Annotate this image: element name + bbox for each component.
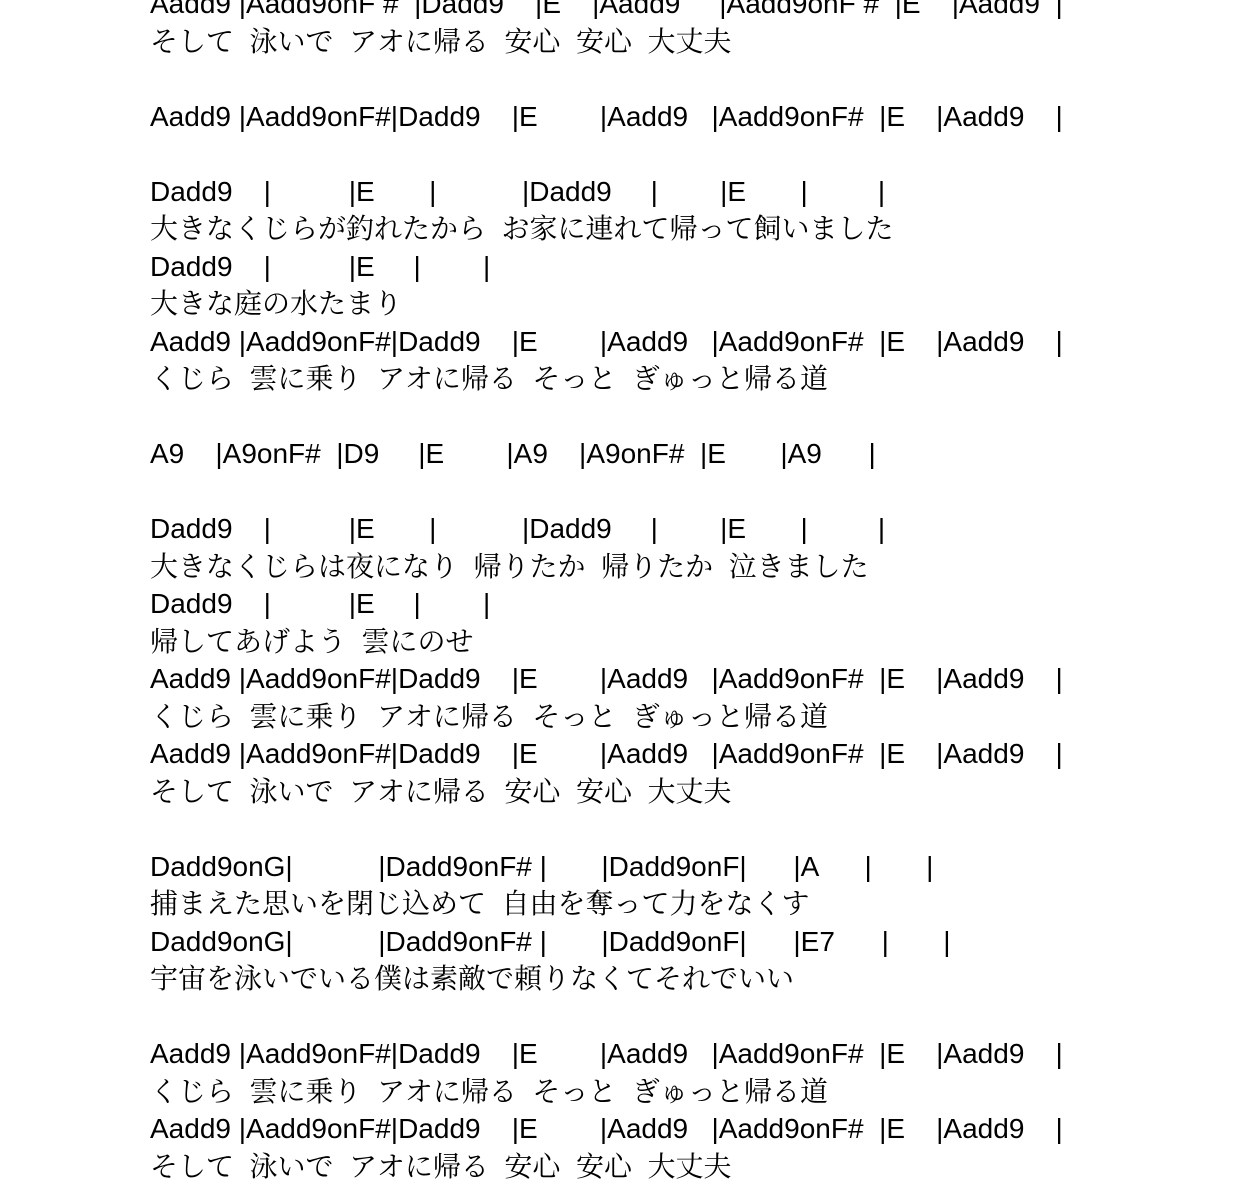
blank-line (150, 135, 1063, 173)
chord-line: Aadd9 |Aadd9onF # |Dadd9 |E |Aadd9 |Aadd… (150, 0, 1063, 23)
blank-line (150, 810, 1063, 848)
chord-line: Aadd9 |Aadd9onF#|Dadd9 |E |Aadd9 |Aadd9o… (150, 660, 1063, 698)
lyric-line: 帰してあげよう 雲にのせ (150, 623, 1063, 661)
chord-line: Aadd9 |Aadd9onF#|Dadd9 |E |Aadd9 |Aadd9o… (150, 98, 1063, 136)
blank-line (150, 60, 1063, 98)
lyric-line: そして 泳いで アオに帰る 安心 安心 大丈夫 (150, 773, 1063, 811)
chord-line: Dadd9 | |E | | (150, 585, 1063, 623)
chord-line: Dadd9 | |E | |Dadd9 | |E | | (150, 173, 1063, 211)
chord-line: Dadd9 | |E | | (150, 248, 1063, 286)
chord-line: Dadd9onG| |Dadd9onF# | |Dadd9onF| |A | | (150, 848, 1063, 886)
blank-line (150, 998, 1063, 1036)
lyric-line: くじら 雲に乗り アオに帰る そっと ぎゅっと帰る道 (150, 698, 1063, 736)
lyric-line: 大きなくじらが釣れたから お家に連れて帰って飼いました (150, 210, 1063, 248)
chord-line: Aadd9 |Aadd9onF#|Dadd9 |E |Aadd9 |Aadd9o… (150, 735, 1063, 773)
lyric-line: 宇宙を泳いでいる僕は素敵で頼りなくてそれでいい (150, 960, 1063, 998)
chord-line: Aadd9 |Aadd9onF#|Dadd9 |E |Aadd9 |Aadd9o… (150, 1035, 1063, 1073)
chord-line: Aadd9 |Aadd9onF#|Dadd9 |E |Aadd9 |Aadd9o… (150, 1110, 1063, 1148)
blank-line (150, 473, 1063, 511)
lyric-line: 捕まえた思いを閉じ込めて 自由を奪って力をなくす (150, 885, 1063, 923)
lyric-line: くじら 雲に乗り アオに帰る そっと ぎゅっと帰る道 (150, 1073, 1063, 1111)
lyric-line: そして 泳いで アオに帰る 安心 安心 大丈夫 (150, 1148, 1063, 1186)
chord-line: A9 |A9onF# |D9 |E |A9 |A9onF# |E |A9 | (150, 435, 1063, 473)
chord-line: Aadd9 |Aadd9onF#|Dadd9 |E |Aadd9 |Aadd9o… (150, 323, 1063, 361)
chord-line: Dadd9 | |E | |Dadd9 | |E | | (150, 510, 1063, 548)
lyric-line: 大きな庭の水たまり (150, 285, 1063, 323)
lyric-line: そして 泳いで アオに帰る 安心 安心 大丈夫 (150, 23, 1063, 61)
chord-sheet: Aadd9 |Aadd9onF # |Dadd9 |E |Aadd9 |Aadd… (150, 0, 1063, 1185)
blank-line (150, 398, 1063, 436)
chord-line: Dadd9onG| |Dadd9onF# | |Dadd9onF| |E7 | … (150, 923, 1063, 961)
lyric-line: くじら 雲に乗り アオに帰る そっと ぎゅっと帰る道 (150, 360, 1063, 398)
lyric-line: 大きなくじらは夜になり 帰りたか 帰りたか 泣きました (150, 548, 1063, 586)
